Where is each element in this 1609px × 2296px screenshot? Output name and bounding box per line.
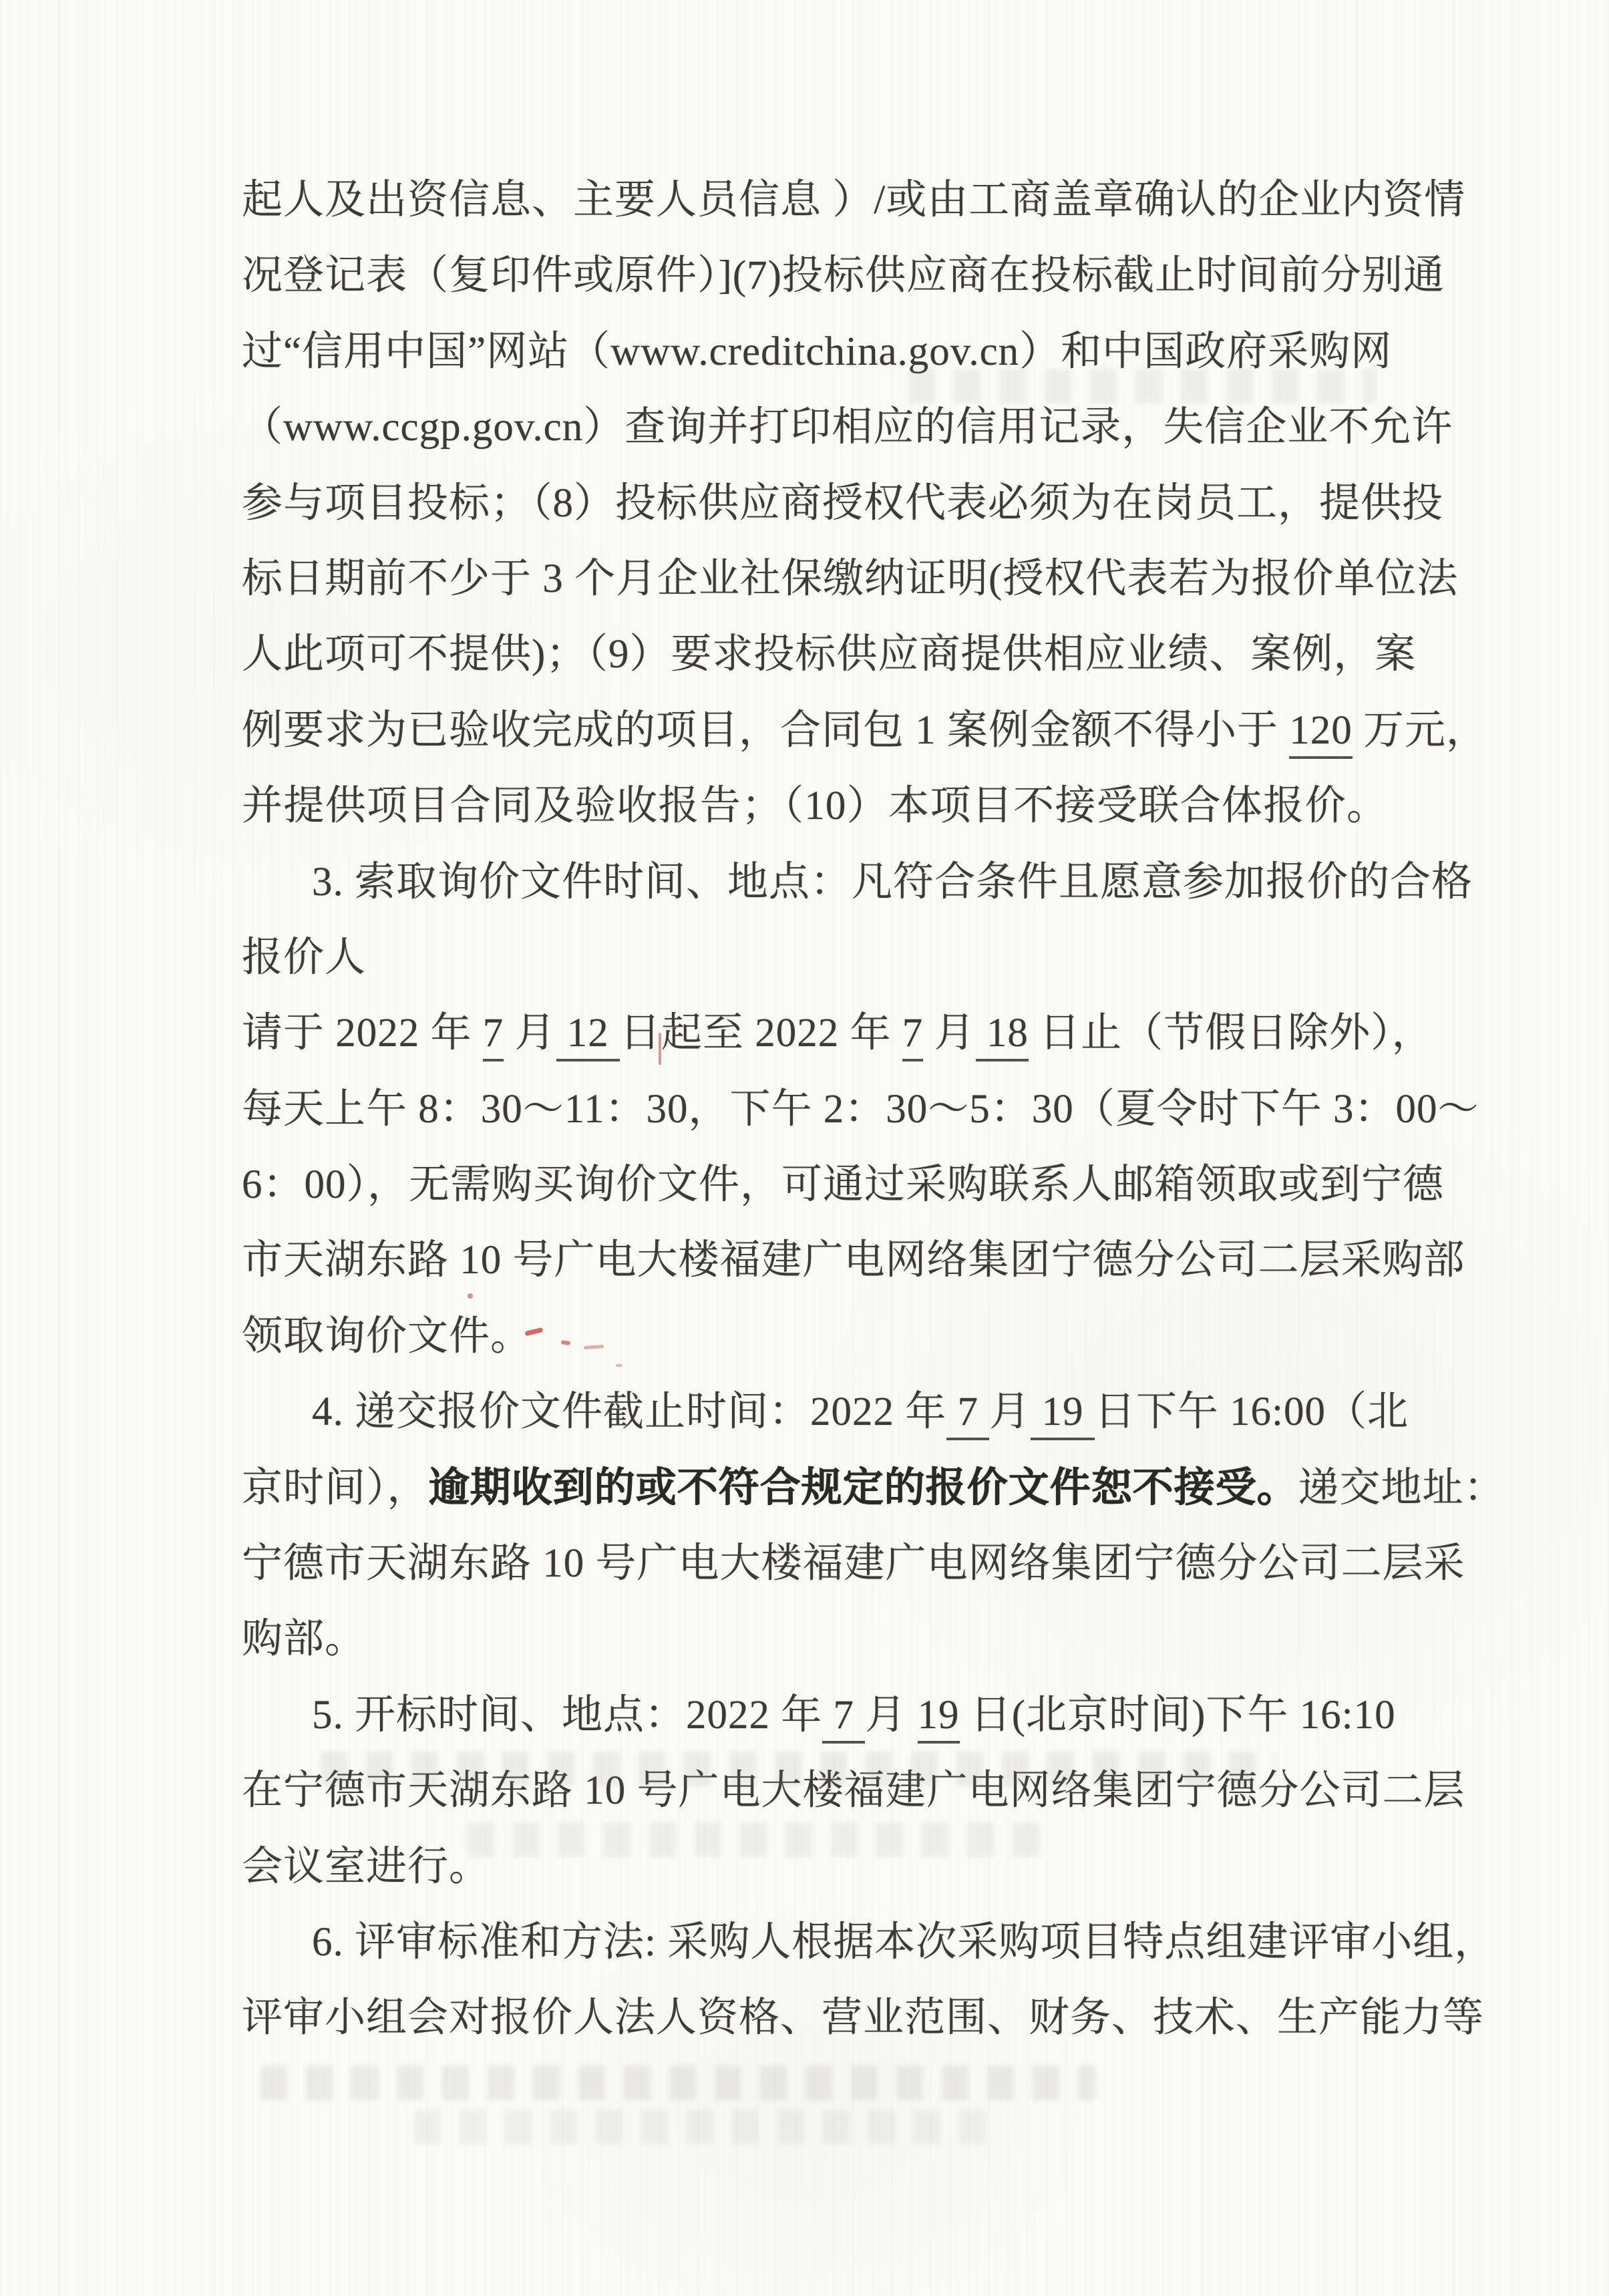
text-segment: 京时间）， [242, 1466, 429, 1510]
text-segment: 报价人 [242, 935, 366, 980]
text-line: 评审小组会对报价人法人资格、营业范围、财务、技术、生产能力等 [242, 1980, 1388, 2056]
underlined-fill-in-value: 19 [918, 1693, 960, 1744]
text-segment: 5. 开标时间、地点：2022 年 [312, 1693, 822, 1738]
text-segment: 递交地址： [1298, 1466, 1505, 1510]
text-segment: 月 [989, 1389, 1031, 1434]
text-segment: 6：00），无需购买询价文件，可通过采购联系人邮箱领取或到宁德 [242, 1162, 1444, 1207]
underlined-fill-in-value: 7 [902, 1011, 924, 1061]
bleed-through-artifact [414, 2110, 1002, 2144]
underlined-fill-in-value: 7 [483, 1011, 504, 1061]
text-segment: 购部。 [242, 1617, 366, 1661]
underlined-fill-in-value: 12 [556, 1011, 620, 1061]
text-line: 在宁德市天湖东路 10 号广电大楼福建广电网络集团宁德分公司二层 [242, 1753, 1388, 1828]
text-line: 标日期前不少于 3 个月企业社保缴纳证明(授权代表若为报价单位法 [242, 541, 1388, 617]
text-segment: 日(北京时间)下午 16:10 [960, 1693, 1396, 1738]
underlined-fill-in-value: 19 [1031, 1389, 1095, 1440]
underlined-fill-in-value: 120 [1289, 708, 1353, 759]
text-line: 例要求为已验收完成的项目，合同包 1 案例金额不得小于 120 万元， [242, 693, 1388, 768]
text-segment: 评审小组会对报价人法人资格、营业范围、财务、技术、生产能力等 [242, 1995, 1484, 2040]
text-line: 5. 开标时间、地点：2022 年 7 月 19 日(北京时间)下午 16:10 [242, 1677, 1388, 1753]
text-segment: 日止（节假日除外）， [1029, 1011, 1433, 1055]
text-line: 6：00），无需购买询价文件，可通过采购联系人邮箱领取或到宁德 [242, 1147, 1388, 1222]
text-line: 并提供项目合同及验收报告；（10）本项目不接受联合体报价。 [242, 768, 1388, 844]
text-segment: 月 [504, 1011, 556, 1055]
underlined-fill-in-value: 18 [976, 1011, 1029, 1061]
text-segment: 参与项目投标；（8）投标供应商授权代表必须为在岗员工，提供投 [242, 481, 1443, 526]
text-line: 宁德市天湖东路 10 号广电大楼福建广电网络集团宁德分公司二层采 [242, 1526, 1388, 1601]
bold-text-segment: 逾期收到的或不符合规定的报价文件恕不接受。 [429, 1466, 1298, 1510]
text-line: 购部。 [242, 1601, 1388, 1677]
text-line: 市天湖东路 10 号广电大楼福建广电网络集团宁德分公司二层采购部 [242, 1222, 1388, 1298]
text-segment: 标日期前不少于 3 个月企业社保缴纳证明(授权代表若为报价单位法 [242, 556, 1458, 601]
text-segment: 况登记表（复印件或原件）](7)投标供应商在投标截止时间前分别通 [242, 253, 1445, 298]
text-line: 每天上午 8：30～11：30，下午 2：30～5：30（夏令时下午 3：00～ [242, 1072, 1388, 1147]
text-line: 人此项可不提供)；（9）要求投标供应商提供相应业绩、案例，案 [242, 617, 1388, 692]
text-segment: 月 [865, 1693, 917, 1738]
bleed-through-artifact [260, 2066, 1095, 2100]
text-line: 过“信用中国”网站（www.creditchina.gov.cn）和中国政府采购… [242, 314, 1388, 389]
text-line: 6. 评审标准和方法: 采购人根据本次采购项目特点组建评审小组， [242, 1905, 1388, 1980]
text-segment: 每天上午 8：30～11：30，下午 2：30～5：30（夏令时下午 3：00～ [242, 1087, 1479, 1132]
text-segment: 宁德市天湖东路 10 号广电大楼福建广电网络集团宁德分公司二层采 [242, 1541, 1465, 1586]
text-line: 参与项目投标；（8）投标供应商授权代表必须为在岗员工，提供投 [242, 466, 1388, 541]
underlined-fill-in-value: 7 [822, 1693, 865, 1744]
text-line: 请于 2022 年 7 月 12 日起至 2022 年 7 月 18 日止（节假… [242, 995, 1388, 1071]
text-line: （www.ccgp.gov.cn）查询并打印相应的信用记录，失信企业不允许 [242, 389, 1388, 465]
text-line: 报价人 [242, 920, 1388, 995]
scanned-document-page: 起人及出资信息、主要人员信息 ）/或由工商盖章确认的企业内资情况登记表（复印件或… [0, 0, 1609, 2296]
text-line: 起人及出资信息、主要人员信息 ）/或由工商盖章确认的企业内资情 [242, 162, 1388, 238]
text-segment: 市天湖东路 10 号广电大楼福建广电网络集团宁德分公司二层采购部 [242, 1238, 1465, 1283]
text-line: 会议室进行。 [242, 1829, 1388, 1905]
text-segment: 起人及出资信息、主要人员信息 ）/或由工商盖章确认的企业内资情 [242, 178, 1465, 222]
document-text-block: 起人及出资信息、主要人员信息 ）/或由工商盖章确认的企业内资情况登记表（复印件或… [242, 162, 1388, 2056]
text-segment: 3. 索取询价文件时间、地点：凡符合条件且愿意参加报价的合格 [312, 860, 1473, 905]
text-segment: 过“信用中国”网站（www.creditchina.gov.cn）和中国政府采购… [242, 329, 1392, 374]
text-segment: 6. 评审标准和方法: 采购人根据本次采购项目特点组建评审小组， [312, 1920, 1495, 1965]
text-segment: 日下午 16:00（北 [1095, 1389, 1409, 1434]
text-line: 况登记表（复印件或原件）](7)投标供应商在投标截止时间前分别通 [242, 238, 1388, 313]
text-segment: 领取询价文件。 [242, 1314, 532, 1359]
text-segment: 月 [923, 1011, 975, 1055]
text-segment: 在宁德市天湖东路 10 号广电大楼福建广电网络集团宁德分公司二层 [242, 1768, 1465, 1813]
text-segment: 例要求为已验收完成的项目，合同包 1 案例金额不得小于 [242, 708, 1289, 753]
text-line: 4. 递交报价文件截止时间：2022 年 7 月 19 日下午 16:00（北 [242, 1374, 1388, 1450]
text-segment: （www.ccgp.gov.cn）查询并打印相应的信用记录，失信企业不允许 [242, 405, 1453, 450]
text-segment: 请于 2022 年 [242, 1011, 483, 1055]
text-segment: 日起至 2022 年 [620, 1011, 902, 1055]
text-segment: 会议室进行。 [242, 1844, 490, 1889]
text-segment: 人此项可不提供)；（9）要求投标供应商提供相应业绩、案例，案 [242, 632, 1416, 677]
text-line: 领取询价文件。 [242, 1299, 1388, 1374]
text-segment: 万元， [1353, 708, 1487, 753]
text-line: 京时间），逾期收到的或不符合规定的报价文件恕不接受。递交地址： [242, 1450, 1388, 1526]
text-line: 3. 索取询价文件时间、地点：凡符合条件且愿意参加报价的合格 [242, 844, 1388, 920]
text-segment: 4. 递交报价文件截止时间：2022 年 [312, 1389, 946, 1434]
underlined-fill-in-value: 7 [946, 1389, 989, 1440]
text-segment: 并提供项目合同及验收报告；（10）本项目不接受联合体报价。 [242, 784, 1388, 828]
